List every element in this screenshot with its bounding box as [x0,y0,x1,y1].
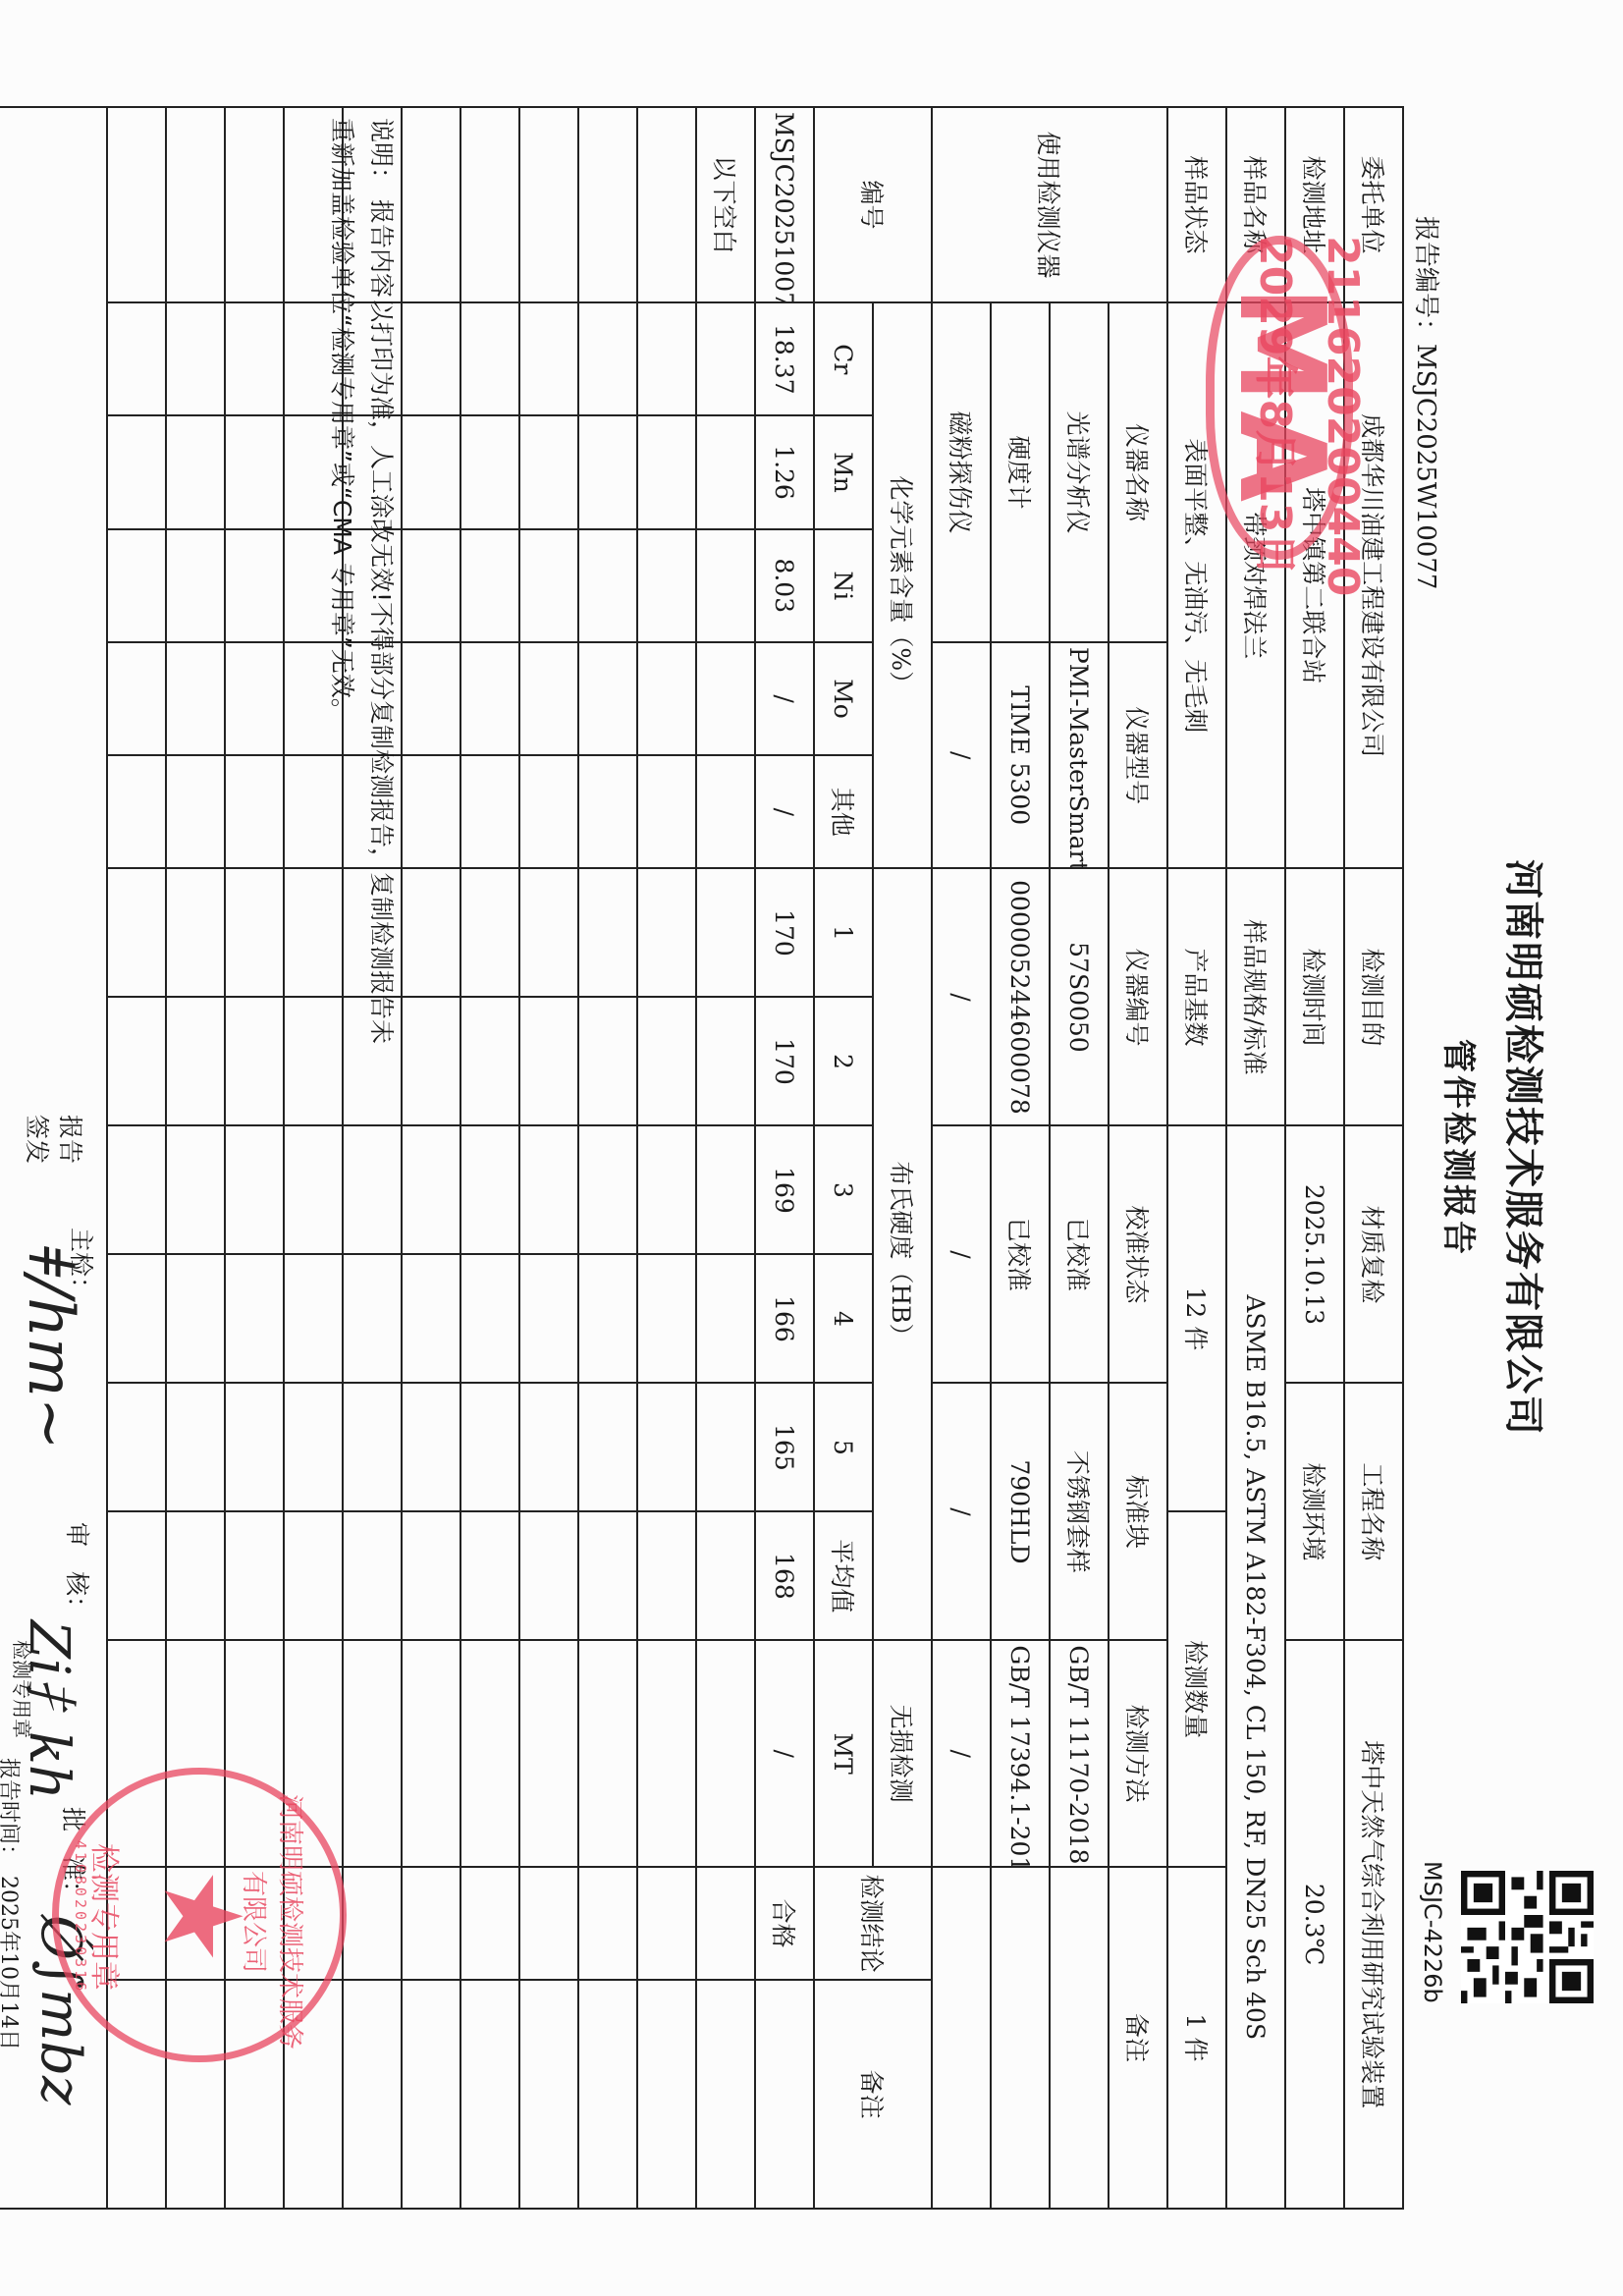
result-id: MSJC202510077 [755,107,814,302]
result-ndt: / [755,1640,814,1867]
report-number: 报告编号：MSJC2025W10077 [1410,216,1446,589]
instrument-col-calibration: 校准状态 [1109,1125,1167,1383]
result-other: / [755,755,814,868]
result-hb-5: 165 [755,1383,814,1511]
purpose-value: 材质复检 [1344,1125,1403,1383]
result-hb-1: 170 [755,868,814,997]
result-mo: / [755,642,814,755]
empty-row [402,107,460,2209]
empty-row [519,107,578,2209]
instrument-header-row: 使用检测仪器 仪器名称 仪器型号 仪器编号 校准状态 标准块 检测方法 备注 [1109,107,1167,2209]
instrument-standard-block: / [932,1383,991,1640]
project-label: 工程名称 [1344,1383,1403,1640]
chem-col-ni: Ni [814,529,873,642]
result-cr: 18.37 [755,302,814,415]
form-code: MSJC-4226b [1419,1861,1446,2003]
instrument-name: 磁粉探伤仪 [932,302,991,642]
hardness-col-1: 1 [814,868,873,997]
report-date-label: 报告时间： [0,1758,26,1866]
instrument-col-name: 仪器名称 [1109,302,1167,642]
instrument-model: TIME 5300 [991,642,1050,869]
chem-col-other: 其他 [814,755,873,868]
instrument-calibration: / [932,1125,991,1383]
time-label: 检测时间 [1285,868,1344,1125]
instrument-col-serial: 仪器编号 [1109,868,1167,1125]
result-mn: 1.26 [755,415,814,528]
empty-row [637,107,696,2209]
hardness-col-2: 2 [814,997,873,1125]
spec-label: 样品规格/标准 [1226,868,1285,1125]
instrument-serial: 57S0050 [1050,868,1109,1125]
instrument-calibration: 已校准 [991,1125,1050,1383]
instrument-model: / [932,642,991,869]
instrument-standard-block: 不锈钢套样 [1050,1383,1109,1640]
instrument-remark [932,1867,991,2209]
result-hb-average: 168 [755,1511,814,1640]
cma-validity: 2029年8月13日 [1248,236,1311,575]
instrument-remark [1050,1867,1109,2209]
result-hb-2: 170 [755,997,814,1125]
instrument-col-remark: 备注 [1109,1867,1167,2209]
instrument-method: GB/T 17394.1-2014 [991,1640,1050,1867]
cma-number: 211620200440 [1318,236,1368,596]
qr-code-icon [1461,1871,1594,2003]
instrument-method: GB/T 11170-2018 [1050,1640,1109,1867]
instrument-calibration: 已校准 [1050,1125,1109,1383]
chem-col-mo: Mo [814,642,873,755]
results-header-row-1: 编号 化学元素含量（%） 布氏硬度（HB） 无损检测 检测结论 备注 [873,107,932,2209]
env-label: 检测环境 [1285,1383,1344,1640]
spec-value: ASME B16.5, ASTM A182-F304, CL 150, RF, … [1226,1125,1285,2209]
empty-row [460,107,519,2209]
instrument-name: 光谱分析仪 [1050,302,1109,642]
hardness-col-3: 3 [814,1125,873,1254]
star-icon: ★ [148,1868,256,1965]
base-qty-value: 12 件 [1167,1125,1226,1511]
instrument-row: 磁粉探伤仪 / / / / / [932,107,991,2209]
empty-row [578,107,637,2209]
project-value: 塔中天然气综合利用研究试验装置 [1344,1640,1403,2209]
result-remark [755,1980,814,2209]
purpose-label: 检测目的 [1344,868,1403,1125]
instrument-col-standard-block: 标准块 [1109,1383,1167,1640]
report-number-value: MSJC2025W10077 [1411,344,1440,589]
instrument-row: 光谱分析仪 PMI-MasterSmart 57S0050 已校准 不锈钢套样 … [1050,107,1109,2209]
result-hb-4: 166 [755,1254,814,1383]
result-ni: 8.03 [755,529,814,642]
chem-col-mn: Mn [814,415,873,528]
chem-group-label: 化学元素含量（%） [873,302,932,868]
instrument-model: PMI-MasterSmart [1050,642,1109,869]
blank-marker: 以下空白 [696,107,755,302]
instrument-row: 硬度计 TIME 5300 000005244600078 已校准 790HLD… [991,107,1050,2209]
result-hb-3: 169 [755,1125,814,1254]
seal-subtitle: 检测专用章 [85,1775,129,2059]
report-page: 河南明硕检测技术服务有限公司 管件检测报告 报告编号：MSJC2025W1007… [0,0,1623,2296]
hardness-col-average: 平均值 [814,1511,873,1640]
instrument-method: / [932,1640,991,1867]
test-qty-value: 1 件 [1167,1867,1226,2209]
hardness-group-label: 布氏硬度（HB） [873,868,932,1640]
report-number-label: 报告编号： [1411,216,1440,344]
instrument-name: 硬度计 [991,302,1050,642]
instrument-col-method: 检测方法 [1109,1640,1167,1867]
reviewer-label: 审 核： [61,1522,96,1620]
seal-number: 4108020230316 [72,1775,89,2059]
instrument-remark [991,1867,1050,2209]
instrument-standard-block: 790HLD [991,1383,1050,1640]
blank-marker-row: 以下空白 [696,107,755,2209]
inspector-signature: ǂ/hm~ [14,1247,86,1449]
signoff-label: 报告签发 [20,1110,86,1169]
instrument-col-model: 仪器型号 [1109,642,1167,869]
instruments-section-label: 使用检测仪器 [932,107,1167,302]
chem-col-cr: Cr [814,302,873,415]
report-date: 2025年10月14日 [0,1876,26,2050]
result-row: MSJC202510077 18.37 1.26 8.03 / / 170 17… [755,107,814,2209]
note-line-1: 说明： 报告内容以打印为准，人工涂改无效!不得部分复制检测报告，复制检测报告未 [365,118,401,1044]
time-value: 2025.10.13 [1285,1125,1344,1383]
instrument-serial: 000005244600078 [991,868,1050,1125]
ndt-method: MT [814,1640,873,1867]
base-qty-label: 产品基数 [1167,868,1226,1125]
inspection-seal: 河南明硕检测技术服务有限公司 ★ 检测专用章 4108020230316 [52,1768,347,2062]
instrument-serial: / [932,868,991,1125]
conclusion-label: 检测结论 [814,1867,932,1980]
env-value: 20.3℃ [1285,1640,1344,2209]
seal-caption: 检测专用章 [9,1640,37,1738]
hardness-col-4: 4 [814,1254,873,1383]
test-qty-label: 检测数量 [1167,1511,1226,1867]
ndt-group-label: 无损检测 [873,1640,932,1867]
remark-label: 备注 [814,1980,932,2209]
result-col-id: 编号 [814,107,932,302]
hardness-col-5: 5 [814,1383,873,1511]
note-line-2: 重新加盖检验单位“检测专用章”或“CMA 专用章”无效。 [326,118,361,723]
result-conclusion: 合格 [755,1867,814,1980]
